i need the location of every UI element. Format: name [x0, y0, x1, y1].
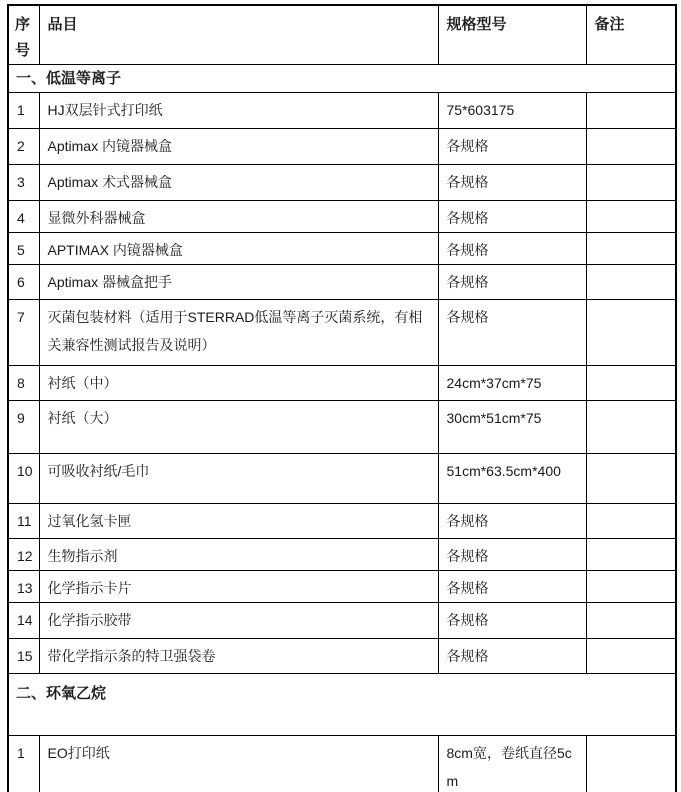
- note-cell: [586, 366, 676, 401]
- item-cell: Aptimax 器械盒把手: [39, 265, 438, 300]
- item-cell: 生物指示剂: [39, 539, 438, 571]
- table-row: 6 Aptimax 器械盒把手 各规格: [8, 265, 676, 300]
- item-cell: 灭菌包装材料（适用于STERRAD低温等离子灭菌系统，有相关兼容性测试报告及说明…: [39, 300, 438, 366]
- item-cell: 可吸收衬纸/毛巾: [39, 454, 438, 504]
- row-number-cell: 13: [8, 571, 39, 603]
- spec-cell: 30cm*51cm*75: [438, 401, 586, 454]
- row-number-cell: 10: [8, 454, 39, 504]
- table-row: 7 灭菌包装材料（适用于STERRAD低温等离子灭菌系统，有相关兼容性测试报告及…: [8, 300, 676, 366]
- section-title: 一、低温等离子: [8, 65, 676, 93]
- table-row: 5 APTIMAX 内镜器械盒 各规格: [8, 233, 676, 265]
- spec-cell: 各规格: [438, 639, 586, 674]
- note-cell: [586, 201, 676, 233]
- row-number-cell: 1: [8, 736, 39, 792]
- table-row: 15 带化学指示条的特卫强袋卷 各规格: [8, 639, 676, 674]
- item-cell: 衬纸（大）: [39, 401, 438, 454]
- section-header-row: 一、低温等离子: [8, 65, 676, 93]
- row-number-cell: 8: [8, 366, 39, 401]
- spec-cell: 各规格: [438, 233, 586, 265]
- spec-cell: 各规格: [438, 165, 586, 201]
- table-row: 1 EO打印纸 8cm宽，卷纸直径5cm: [8, 736, 676, 792]
- header-item: 品目: [39, 5, 438, 65]
- note-cell: [586, 539, 676, 571]
- header-note: 备注: [586, 5, 676, 65]
- table-row: 2 Aptimax 内镜器械盒 各规格: [8, 129, 676, 165]
- row-number-cell: 14: [8, 603, 39, 639]
- spec-cell: 各规格: [438, 300, 586, 366]
- item-cell: Aptimax 内镜器械盒: [39, 129, 438, 165]
- header-row: 序号 品目 规格型号 备注: [8, 5, 676, 65]
- spec-cell: 51cm*63.5cm*400: [438, 454, 586, 504]
- spec-cell: 各规格: [438, 129, 586, 165]
- row-number-cell: 9: [8, 401, 39, 454]
- header-no: 序号: [8, 5, 39, 65]
- note-cell: [586, 736, 676, 792]
- note-cell: [586, 401, 676, 454]
- item-cell: 化学指示卡片: [39, 571, 438, 603]
- document-page: 序号 品目 规格型号 备注 一、低温等离子 1 HJ双层针式打印纸 75*603…: [0, 0, 681, 792]
- note-cell: [586, 639, 676, 674]
- row-number-cell: 7: [8, 300, 39, 366]
- item-cell: 过氧化氢卡匣: [39, 504, 438, 539]
- item-cell: 化学指示胶带: [39, 603, 438, 639]
- spec-cell: 各规格: [438, 603, 586, 639]
- item-cell: EO打印纸: [39, 736, 438, 792]
- item-cell: 衬纸（中）: [39, 366, 438, 401]
- table-row: 14 化学指示胶带 各规格: [8, 603, 676, 639]
- row-number-cell: 15: [8, 639, 39, 674]
- spec-cell: 各规格: [438, 201, 586, 233]
- table-row: 8 衬纸（中） 24cm*37cm*75: [8, 366, 676, 401]
- note-cell: [586, 165, 676, 201]
- item-cell: Aptimax 术式器械盒: [39, 165, 438, 201]
- note-cell: [586, 265, 676, 300]
- item-cell: HJ双层针式打印纸: [39, 93, 438, 129]
- note-cell: [586, 300, 676, 366]
- section-header-row: 二、环氧乙烷: [8, 674, 676, 736]
- table-row: 12 生物指示剂 各规格: [8, 539, 676, 571]
- table-row: 9 衬纸（大） 30cm*51cm*75: [8, 401, 676, 454]
- table-row: 11 过氧化氢卡匣 各规格: [8, 504, 676, 539]
- spec-cell: 8cm宽，卷纸直径5cm: [438, 736, 586, 792]
- item-cell: 带化学指示条的特卫强袋卷: [39, 639, 438, 674]
- section-title: 二、环氧乙烷: [8, 674, 676, 736]
- table-row: 10 可吸收衬纸/毛巾 51cm*63.5cm*400: [8, 454, 676, 504]
- header-spec: 规格型号: [438, 5, 586, 65]
- item-cell: APTIMAX 内镜器械盒: [39, 233, 438, 265]
- row-number-cell: 5: [8, 233, 39, 265]
- row-number-cell: 4: [8, 201, 39, 233]
- table-row: 13 化学指示卡片 各规格: [8, 571, 676, 603]
- note-cell: [586, 504, 676, 539]
- spec-cell: 75*603175: [438, 93, 586, 129]
- note-cell: [586, 571, 676, 603]
- spec-cell: 各规格: [438, 504, 586, 539]
- spec-cell: 各规格: [438, 265, 586, 300]
- note-cell: [586, 603, 676, 639]
- table-row: 3 Aptimax 术式器械盒 各规格: [8, 165, 676, 201]
- table-row: 1 HJ双层针式打印纸 75*603175: [8, 93, 676, 129]
- row-number-cell: 1: [8, 93, 39, 129]
- note-cell: [586, 93, 676, 129]
- spec-cell: 各规格: [438, 571, 586, 603]
- note-cell: [586, 233, 676, 265]
- spec-cell: 24cm*37cm*75: [438, 366, 586, 401]
- supplies-table: 序号 品目 规格型号 备注 一、低温等离子 1 HJ双层针式打印纸 75*603…: [7, 4, 677, 792]
- row-number-cell: 11: [8, 504, 39, 539]
- row-number-cell: 3: [8, 165, 39, 201]
- row-number-cell: 2: [8, 129, 39, 165]
- item-cell: 显微外科器械盒: [39, 201, 438, 233]
- table-row: 4 显微外科器械盒 各规格: [8, 201, 676, 233]
- note-cell: [586, 454, 676, 504]
- row-number-cell: 12: [8, 539, 39, 571]
- spec-cell: 各规格: [438, 539, 586, 571]
- note-cell: [586, 129, 676, 165]
- row-number-cell: 6: [8, 265, 39, 300]
